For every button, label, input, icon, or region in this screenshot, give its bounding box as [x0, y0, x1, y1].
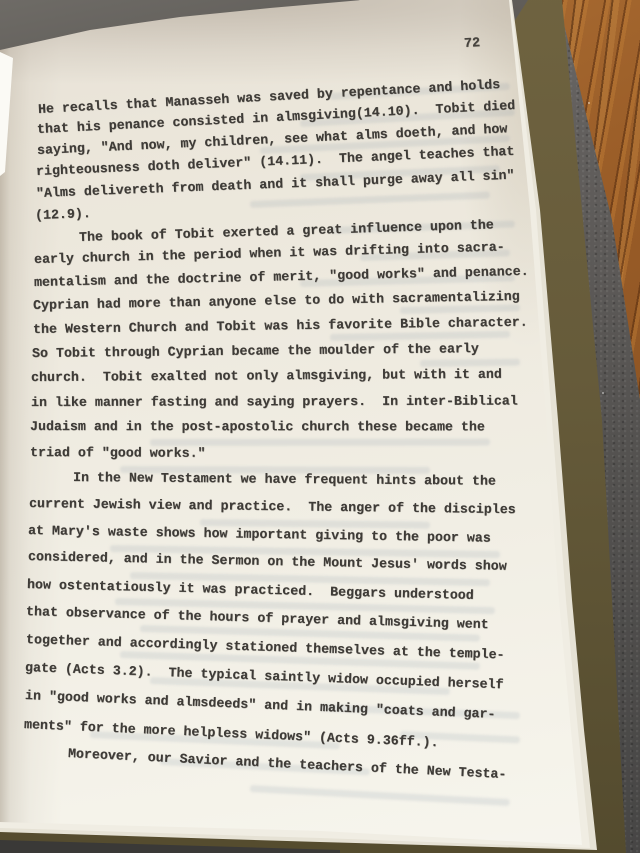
photo-of-typewritten-page: 72 He recalls that Manasseh was saved by…	[0, 0, 640, 853]
typed-line: Cyprian had more than anyone else to do …	[33, 290, 520, 312]
typed-line: In the New Testament we have frequent hi…	[73, 471, 496, 488]
typed-line: at Mary's waste shows how important givi…	[28, 524, 491, 545]
page-number: 72	[464, 37, 481, 51]
typed-line: the Western Church and Tobit was his fav…	[32, 315, 527, 335]
typed-line: together and accordingly stationed thems…	[26, 633, 505, 661]
dust-speck	[602, 392, 604, 394]
typed-line: mentalism and the doctrine of merit, "go…	[33, 265, 528, 289]
typed-line: So Tobit through Cyprian became the moul…	[32, 342, 479, 360]
typed-line: early church in the period when it was d…	[34, 241, 505, 267]
typed-line: in "good works and almsdeeds" and in mak…	[25, 689, 496, 721]
typed-line: ments" for the more helpless widows" (Ac…	[24, 718, 439, 749]
typed-line: Judaism and in the post-apostolic church…	[30, 420, 485, 433]
typed-line: (12.9).	[35, 207, 91, 222]
typed-line: how ostentatiously it was practiced. Beg…	[27, 578, 474, 602]
typed-line: gate (Acts 3.2). The typical saintly wid…	[25, 661, 504, 691]
typed-line: considered, and in the Sermon on the Mou…	[27, 550, 506, 573]
typed-line: that observance of the hours of prayer a…	[26, 605, 489, 631]
typed-line: in like manner fasting and saying prayer…	[31, 394, 518, 408]
typed-line: The book of Tobit exerted a great influe…	[78, 218, 493, 244]
typed-line: current Jewish view and practice. The an…	[29, 497, 516, 516]
typed-line: Moreover, our Savior and the teachers of…	[67, 747, 506, 781]
dust-speck	[588, 102, 590, 104]
typed-line: triad of "good works."	[30, 446, 206, 460]
typed-line: church. Tobit exalted not only almsgivin…	[31, 368, 502, 384]
